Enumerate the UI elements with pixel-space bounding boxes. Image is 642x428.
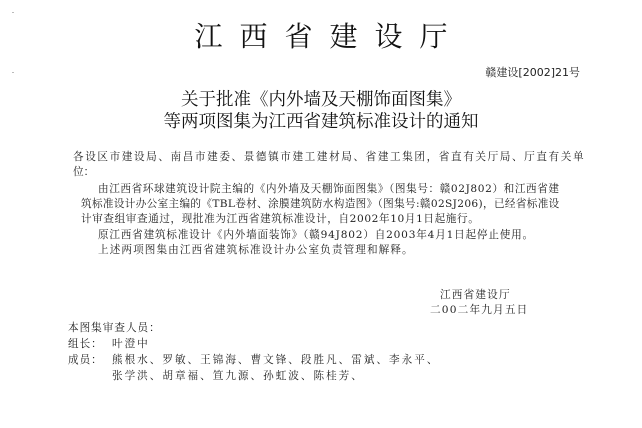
review-team-title: 本图集审查人员： (68, 321, 161, 336)
scan-artifact (12, 12, 14, 13)
document-number: 赣建设[2002]21号 (485, 64, 580, 80)
members-line-1: 熊根水、罗敏、王锦海、曹文锋、段胜凡、雷斌、李永平、 (112, 353, 439, 368)
paragraph-3: 上述两项图集由江西省建筑标准设计办公室负责管理和解释。 (98, 243, 414, 258)
signature-date: 二00二年九月五日 (430, 303, 528, 318)
paragraph-1-line-2: 筑标准设计办公室主编的《TBL卷材、涂膜建筑防水构造图》（图集号:赣02SJ20… (81, 197, 560, 212)
members-label: 成员： (68, 353, 103, 368)
paragraph-2: 原江西省建筑标准设计《内外墙面装饰》（赣94J802）自2003年4月1日起停止… (98, 228, 534, 243)
notice-headline-line-2: 等两项图集为江西省建筑标准设计的通知 (0, 111, 642, 133)
scan-artifact (12, 72, 14, 73)
addressee-line-2: 位： (73, 165, 94, 180)
addressee-line-1: 各设区市建设局、南昌市建委、景德镇市建工建材局、省建工集团，省直有关厅局、厅直有… (73, 150, 585, 165)
members-line-2: 张学洪、胡章福、笪九源、孙虹波、陈桂芳、 (112, 369, 364, 384)
notice-headline-line-1: 关于批准《内外墙及天棚饰面图集》 (0, 89, 642, 111)
paragraph-1-line-1: 由江西省环球建筑设计院主编的《内外墙及天棚饰面图集》（图集号：赣02J802）和… (98, 182, 560, 197)
leader-label: 组长： (68, 337, 103, 352)
leader-name: 叶澄中 (112, 337, 150, 352)
signature-organization: 江西省建设厅 (440, 288, 511, 303)
paragraph-1-line-3: 计审查组审查通过，现批准为江西省建筑标准设计，自2002年10月1日起施行。 (81, 212, 479, 227)
issuing-organization-title: 江西省建设厅 (0, 20, 642, 54)
